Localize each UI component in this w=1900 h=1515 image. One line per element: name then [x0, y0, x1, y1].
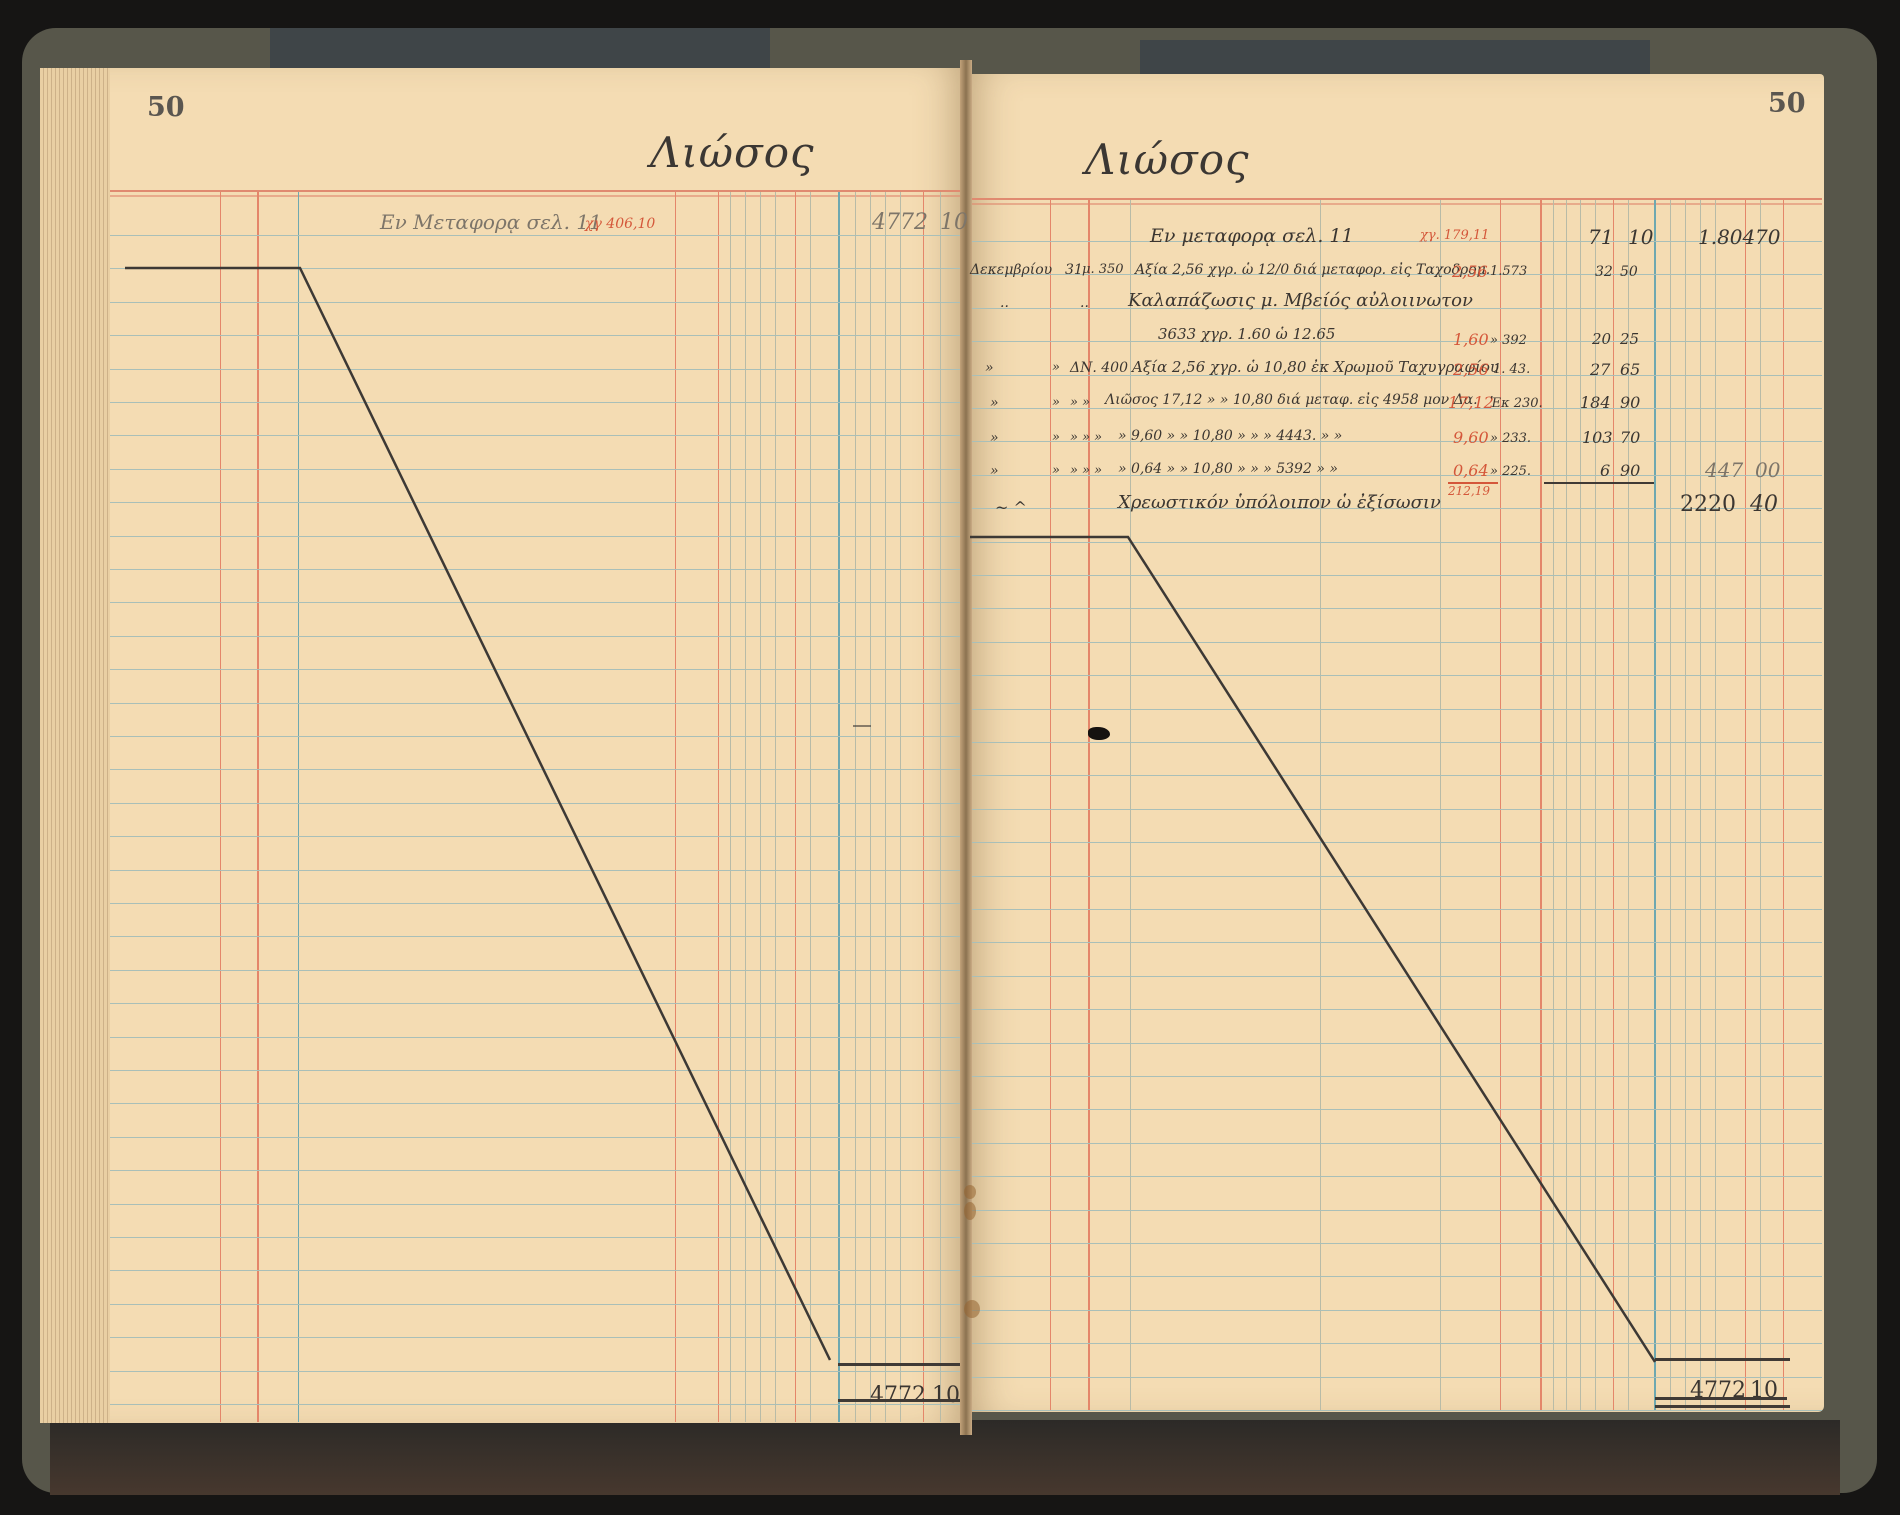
- left-carried-forward-red-note: χγ 406,10: [585, 216, 655, 232]
- entry-month: Δεκεμβρίου: [970, 262, 1052, 278]
- right-cf-sub-dec: 10: [1628, 225, 1653, 249]
- entry-description: Λιῶσος 17,12 » » 10,80 διά μεταφ. εἰς 49…: [1105, 392, 1478, 408]
- right-carried-forward-text: Εν μεταφορᾳ σελ. 11: [1150, 225, 1354, 247]
- entry-amount-dec: 50: [1620, 264, 1638, 280]
- left-total-top-rule: [838, 1363, 960, 1366]
- right-cf-main-dec: 70: [1755, 225, 1780, 249]
- entry-ref: » » »: [1070, 463, 1102, 478]
- entry-description: Καλαπάζωσις μ. Μβείός αὐλοιινωτον: [1128, 290, 1473, 311]
- left-carried-forward-amount: 4772: [872, 210, 928, 235]
- entry-day: »: [1052, 463, 1060, 478]
- entry-rate: Ἐκ 230.: [1490, 396, 1543, 411]
- entry-red-qty: 1,60: [1453, 330, 1489, 349]
- entry-amount-int: 20: [1592, 330, 1611, 348]
- left-account-title: Λιώσος: [650, 128, 815, 177]
- entry-amount-int: 103: [1582, 428, 1613, 447]
- stain-spot: [964, 1300, 980, 1318]
- entry-amount-int: 184: [1580, 393, 1611, 412]
- entry-red-qty: 2,56: [1453, 360, 1489, 379]
- stain-spot: [964, 1185, 976, 1199]
- entry-amount-dec: 90: [1620, 393, 1640, 412]
- entry-amount-dec: 70: [1620, 428, 1640, 447]
- right-page-number: 50: [1768, 88, 1806, 119]
- red-subtotal: 212,19: [1448, 484, 1490, 498]
- entry-month: »: [985, 360, 994, 376]
- section-total-int: 447: [1705, 458, 1743, 482]
- left-total-dec: 10: [932, 1383, 960, 1408]
- right-carried-forward-red-note: χγ. 179,11: [1420, 228, 1489, 243]
- entry-day: »: [1052, 395, 1060, 410]
- left-total-double-rule-b: [838, 1399, 960, 1402]
- section-total-dec: 00: [1755, 458, 1780, 482]
- entry-red-qty: 9,60: [1453, 428, 1489, 447]
- entry-description: Αξία 2,56 χγρ. ὡ 10,80 ἐκ Χρωμοῦ Ταχυγρα…: [1132, 358, 1499, 376]
- entry-amount-dec: 65: [1620, 360, 1640, 379]
- entry-day: »: [1052, 430, 1060, 445]
- right-account-title: Λιώσος: [1085, 135, 1250, 184]
- entry-red-qty: 0,64: [1453, 461, 1489, 480]
- balance-amount-int: 2220: [1680, 492, 1736, 517]
- left-page-number: 50: [147, 92, 185, 123]
- entry-amount-dec: 25: [1620, 330, 1639, 348]
- entry-red-qty: 2,56: [1452, 262, 1488, 281]
- cover-cloth-right: [1140, 40, 1650, 78]
- entry-amount-int: 27: [1590, 360, 1610, 379]
- entry-description: » 9,60 » » 10,80 » » » 4443. » »: [1118, 428, 1342, 444]
- ink-blot: [1088, 727, 1110, 740]
- entry-month: »: [990, 395, 999, 411]
- entry-rate: 1. 43.: [1493, 362, 1530, 377]
- cover-cloth-left: [270, 28, 770, 70]
- balance-amount-dec: 40: [1750, 492, 1778, 517]
- entry-month: »: [990, 430, 999, 446]
- bottom-edge-shadow: [50, 1420, 1840, 1495]
- entry-day: »: [1052, 360, 1060, 375]
- balance-text: Χρεωστικόν ὑπόλοιπον ὡ ἐξίσωσιν: [1118, 492, 1441, 513]
- balance-marks: ~ ^: [995, 498, 1027, 517]
- entry-amount-dec: 90: [1620, 461, 1640, 480]
- page-edge-leaves: [40, 68, 110, 1423]
- right-cf-main-int: 1.804: [1698, 225, 1755, 249]
- entry-ref: ΔΝ. 400: [1070, 360, 1128, 376]
- entry-day: 31: [1065, 262, 1083, 278]
- right-total-top-rule: [1655, 1358, 1790, 1361]
- entry-ref: » »: [1070, 395, 1090, 410]
- stain-spot: [964, 1202, 976, 1220]
- right-total-double-rule-b: [1655, 1405, 1790, 1408]
- entry-description: Αξία 2,56 χγρ. ὡ 12/0 διά μεταφορ. εἰς Τ…: [1135, 262, 1490, 278]
- entry-description: » 0,64 » » 10,80 » » » 5392 » »: [1118, 461, 1338, 477]
- entry-month: »: [990, 463, 999, 479]
- right-cf-sub-int: 71: [1588, 225, 1613, 249]
- left-carried-forward-text: Εν Μεταφορᾳ σελ. 11: [380, 210, 602, 234]
- entry-rate: 1.573: [1490, 264, 1527, 279]
- right-total-double-rule-a: [1655, 1397, 1787, 1400]
- entry-amount-int: 6: [1600, 461, 1610, 480]
- entry-rate: » 233.: [1490, 431, 1531, 446]
- entry-ref: ..: [1080, 295, 1089, 311]
- left-total-int: 4772: [870, 1383, 926, 1408]
- entry-ref: μ. 350: [1082, 262, 1124, 277]
- pencil-mark: [853, 725, 871, 727]
- amount-subtotal-rule: [1544, 482, 1654, 484]
- entry-rate: » 225.: [1490, 464, 1531, 479]
- entry-red-qty: 17,12: [1448, 393, 1494, 412]
- left-page: [40, 68, 966, 1423]
- entry-ref: » » »: [1070, 430, 1102, 445]
- entry-month: ..: [1000, 295, 1009, 311]
- left-carried-forward-cents: 10: [940, 210, 968, 235]
- entry-rate: » 392: [1490, 333, 1527, 348]
- entry-amount-int: 32: [1595, 264, 1613, 280]
- entry-description: 3633 χγρ. 1.60 ὡ 12.65: [1158, 325, 1335, 343]
